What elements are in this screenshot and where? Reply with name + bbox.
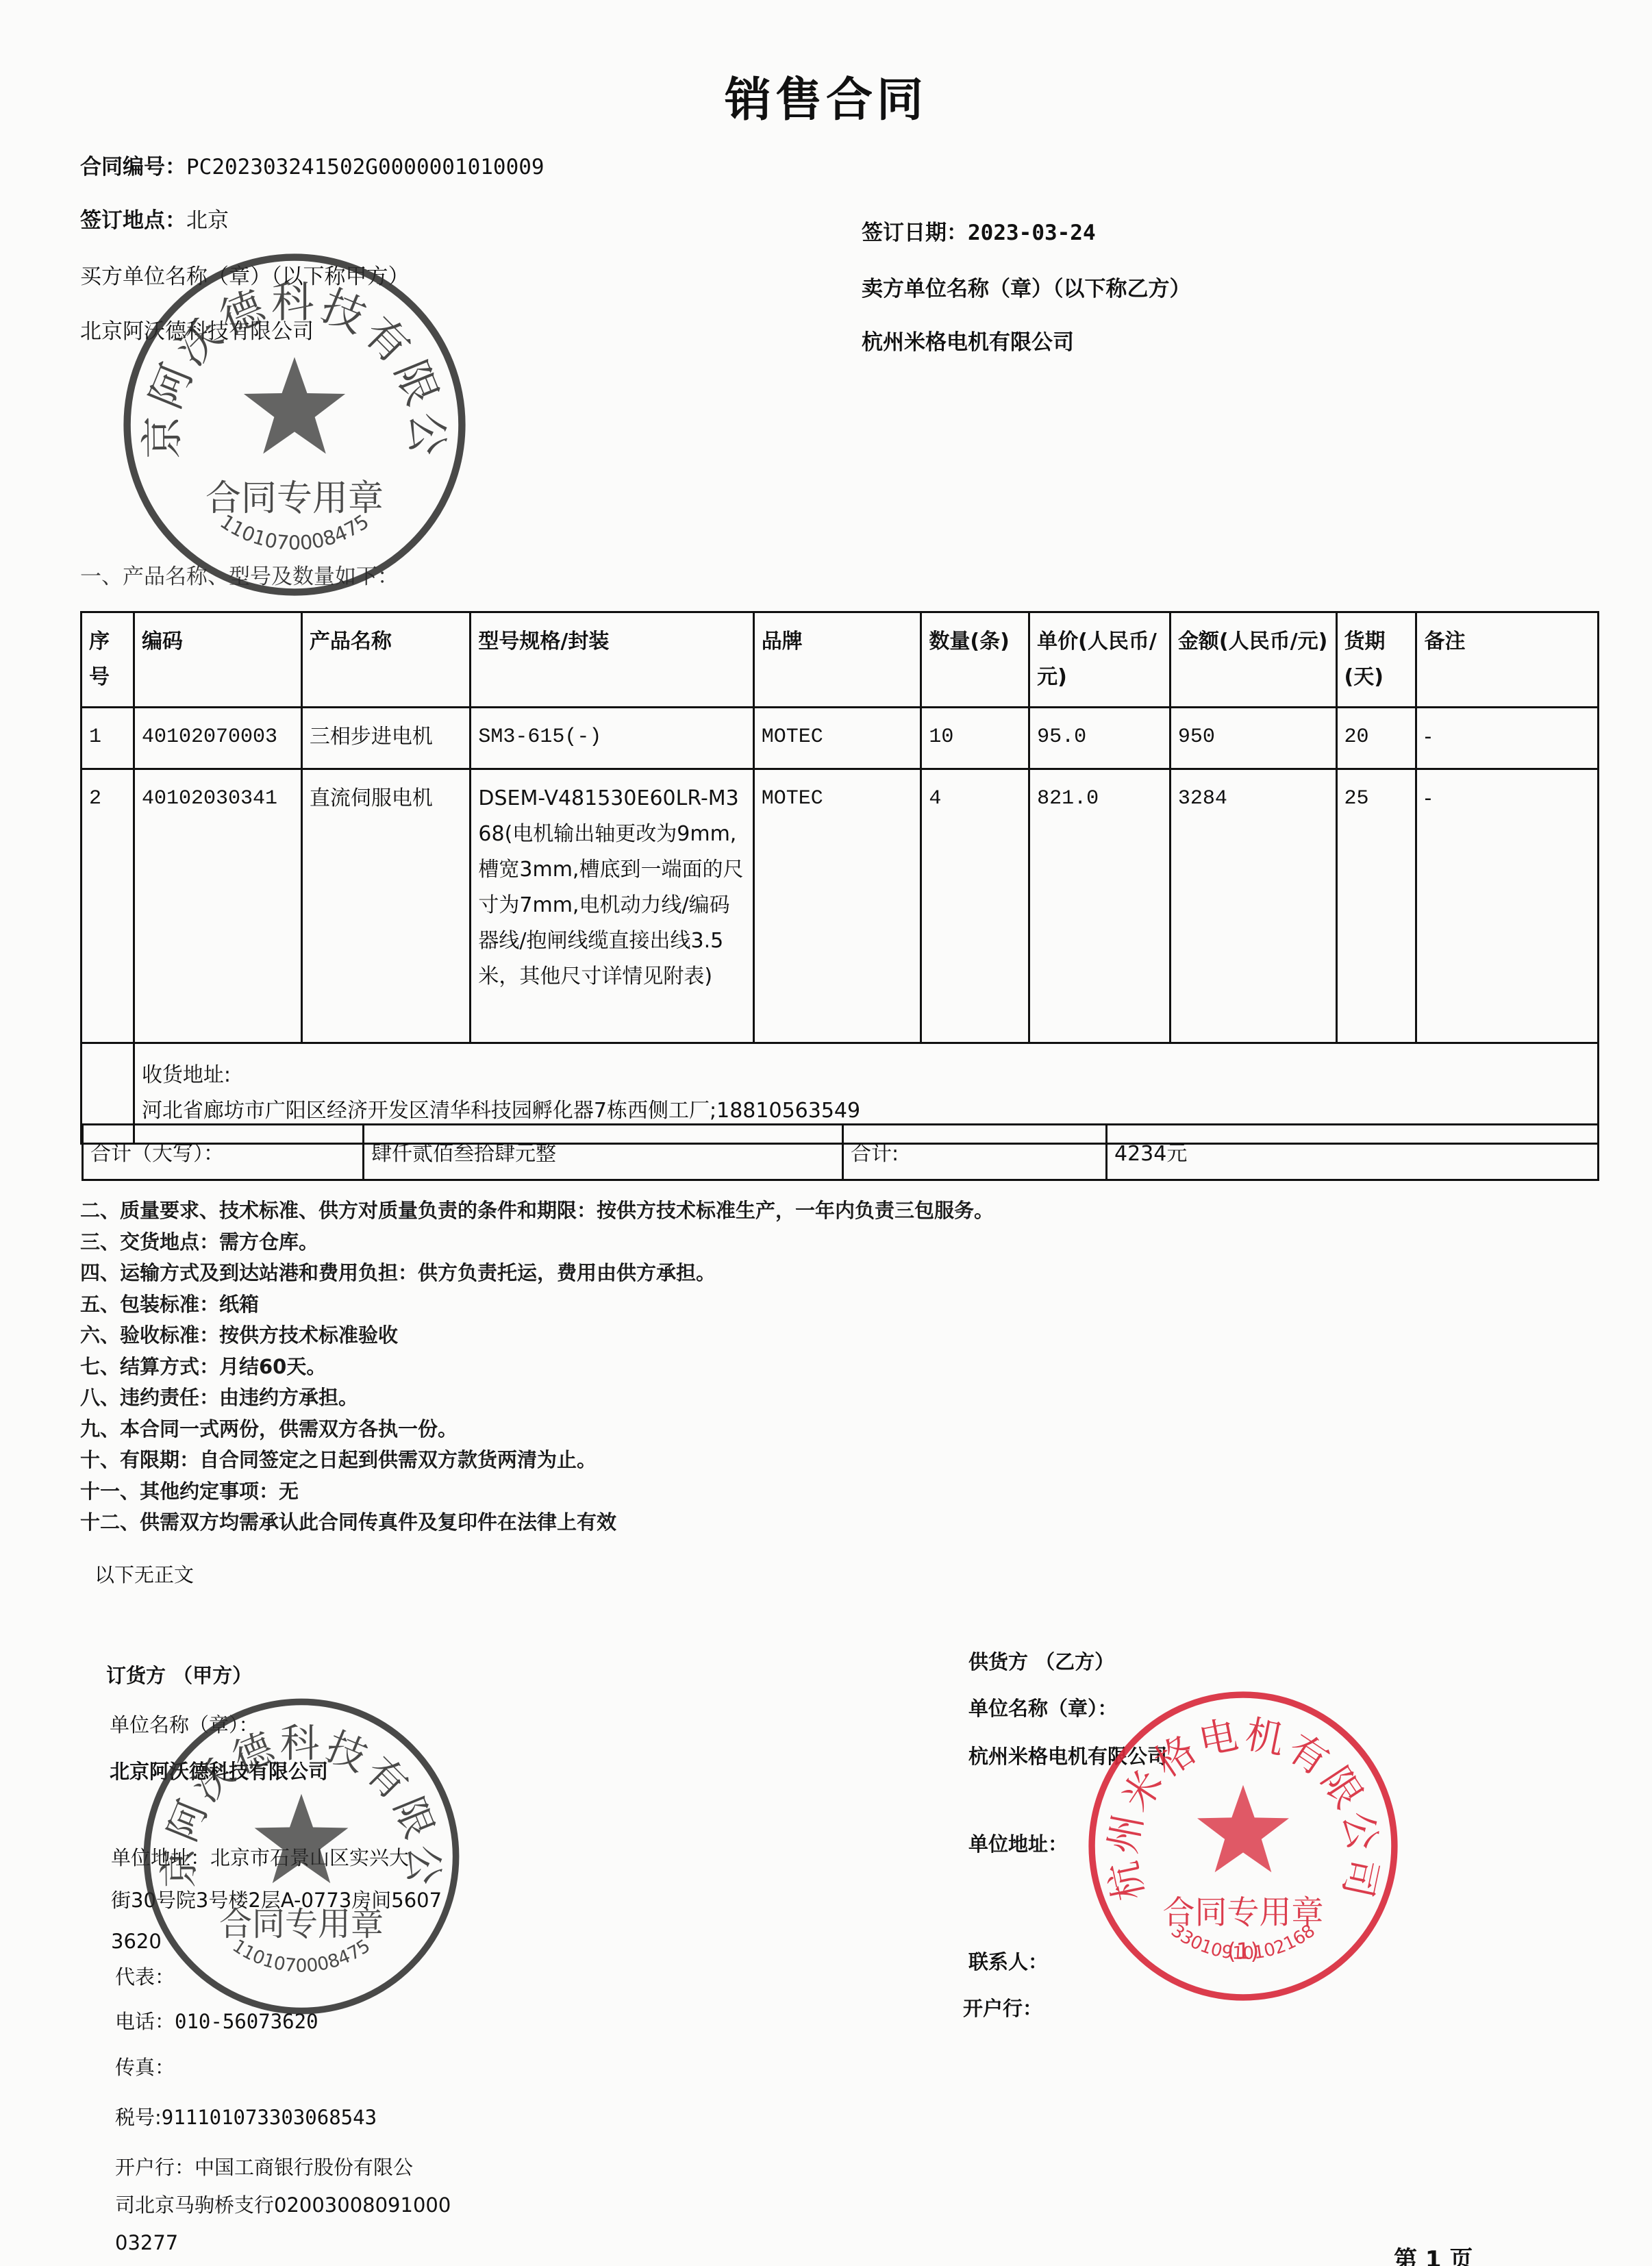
row-product-name: 直流伺服电机 [301,769,471,1043]
contract-number-label: 合同编号： [80,155,186,179]
seller-name: 杭州米格电机有限公司 [862,325,1074,356]
row-product-name: 三相步进电机 [301,708,471,769]
svg-text:3301091010216​8: 3301091010216​8 [1167,1921,1319,1964]
header-no: 序号 [82,612,134,708]
header-brand: 品牌 [753,612,921,708]
clause-7: 七、结算方式：月结60天。 [80,1352,994,1383]
buyer-address-line-2: 街30号院3号楼2层A-0773房间5607 [111,1891,442,1910]
clause-6: 六、验收标准：按供方技术标准验收 [80,1320,994,1352]
section-1-heading: 一、产品名称、型号及数量如下： [80,559,399,590]
row-quantity: 4 [921,769,1029,1043]
seller-stamp: 杭州米格电机有限公司合同专用章(1)3301091010216​8 [1079,1685,1407,2007]
buyer-name: 北京阿沃德科技有限公司 [80,314,314,345]
svg-text:1101070008475: 1101070008475 [216,510,373,555]
contract-clauses: 二、质量要求、技术标准、供方对质量负责的条件和期限：按供方技术标准生产，一年内负… [80,1195,994,1539]
buyer-rep-label: 代表： [115,1967,175,1987]
row-quantity: 10 [921,708,1029,769]
row-lead-time: 25 [1336,769,1416,1043]
buyer-tax-label: 税号: [115,2106,162,2129]
svg-text:合同专用章: 合同专用章 [1163,1894,1324,1932]
row-unit-price: 821.0 [1029,769,1171,1043]
row-spec: SM3-615(-) [471,708,753,769]
total-label: 合计: [843,1125,1107,1180]
clause-8: 八、违约责任：由违约方承担。 [80,1382,994,1414]
buyer-bank-line-1: 开户行：中国工商银行股份有限公 [115,2158,413,2178]
buyer-stamp-top: 北京阿沃德科技有限公司合同专用章1101070008475 [110,247,479,603]
total-words-label: 合计（大写）： [83,1125,364,1180]
buyer-bank-value: 中国工商银行股份有限公 [195,2156,413,2179]
buyer-phone-value: 010-56073620 [175,2010,318,2033]
row-brand: MOTEC [753,769,921,1043]
header-lead-time: 货期(天) [1336,612,1416,708]
clause-11: 十一、其他约定事项：无 [80,1476,994,1508]
sign-date-value: 2023-03-24 [968,221,1096,245]
totals-table: 合计（大写）： 肆仟贰佰叁拾肆元整 合计: 4234元 [82,1123,1599,1181]
seller-block-heading: 供货方 （乙方） [968,1652,1114,1672]
buyer-bank-line-2: 司北京马驹桥支行02003008091000 [115,2195,451,2215]
row-remark: - [1416,708,1599,769]
row-no: 1 [82,708,134,769]
row-brand: MOTEC [753,708,921,769]
buyer-block-heading: 订货方 （甲方） [106,1666,252,1686]
table-row: 2 40102030341 直流伺服电机 DSEM-V481530E60LR-M… [82,769,1599,1043]
clause-2: 二、质量要求、技术标准、供方对质量负责的条件和期限：按供方技术标准生产，一年内负… [80,1195,994,1227]
buyer-bank-line-3: 03277 [115,2233,178,2253]
buyer-tax-value: 911101073303068543 [162,2106,377,2129]
buyer-address-value: 北京市石景山区实兴大 [210,1846,409,1869]
seller-contact-label: 联系人： [968,1952,1048,1972]
buyer-unit-name: 北京阿沃德科技有限公司 [110,1762,328,1782]
sign-place-line: 签订地点：北京 [80,203,229,234]
total-value: 4234元 [1107,1125,1599,1180]
sign-place-label: 签订地点： [80,208,186,233]
seller-bank-label: 开户行： [963,1999,1042,2019]
row-code: 40102030341 [134,769,301,1043]
table-header-row: 序号 编码 产品名称 型号规格/封装 品牌 数量(条) 单价(人民币/元) 金额… [82,612,1599,708]
row-amount: 950 [1170,708,1336,769]
buyer-unit-name-label: 单位名称（章）： [110,1715,259,1735]
buyer-phone-line: 电话：010-56073620 [115,2012,318,2032]
header-code: 编码 [134,612,301,708]
document-title: 销售合同 [0,63,1652,129]
contract-number-line: 合同编号：PC202303241502G0000001010009 [80,149,545,180]
product-table: 序号 编码 产品名称 型号规格/封装 品牌 数量(条) 单价(人民币/元) 金额… [80,611,1599,1145]
svg-text:合同专用章: 合同专用章 [205,478,384,519]
total-words-value: 肆仟贰佰叁拾肆元整 [364,1125,843,1180]
clause-3: 三、交货地点：需方仓库。 [80,1227,994,1258]
row-lead-time: 20 [1336,708,1416,769]
header-unit-price: 单价(人民币/元) [1029,612,1171,708]
header-amount: 金额(人民币/元) [1170,612,1336,708]
svg-text:(1): (1) [1227,1938,1260,1965]
clause-4: 四、运输方式及到达站港和费用负担：供方负责托运，费用由供方承担。 [80,1258,994,1289]
sign-date-line: 签订日期：2023-03-24 [862,215,1096,246]
seller-address-label: 单位地址： [968,1834,1068,1854]
header-product-name: 产品名称 [301,612,471,708]
contract-number-value: PC202303241502G0000001010009 [186,155,545,179]
seller-unit-name: 杭州米格电机有限公司 [968,1747,1167,1767]
header-remark: 备注 [1416,612,1599,708]
page-number: 第 1 页 [1394,2248,1473,2266]
stamp-seal-icon: 北京阿沃德科技有限公司合同专用章1101070008475 [110,247,479,603]
svg-text:1101070008475: 1101070008475 [229,1935,374,1976]
table-row: 1 40102070003 三相步进电机 SM3-615(-) MOTEC 10… [82,708,1599,769]
buyer-phone-label: 电话： [115,2010,175,2033]
clause-5: 五、包装标准：纸箱 [80,1289,994,1321]
svg-text:杭州米格电机有限公司: 杭州米格电机有限公司 [1101,1713,1386,1904]
buyer-label: 买方单位名称（章）（以下称甲方） [80,259,410,290]
clause-9: 九、本合同一式两份，供需双方各执一份。 [80,1414,994,1445]
row-unit-price: 95.0 [1029,708,1171,769]
buyer-address-line-3: 3620 [111,1932,162,1952]
stamp-seal-icon: 杭州米格电机有限公司合同专用章(1)3301091010216​8 [1079,1685,1407,2007]
row-code: 40102070003 [134,708,301,769]
seller-unit-name-label: 单位名称（章）： [968,1699,1118,1719]
clause-10: 十、有限期：自合同签定之日起到供需双方款货两清为止。 [80,1445,994,1476]
clause-12: 十二、供需双方均需承认此合同传真件及复印件在法律上有效 [80,1507,994,1539]
buyer-bank-label: 开户行： [115,2156,195,2179]
row-amount: 3284 [1170,769,1336,1043]
delivery-address-label: 收货地址: [142,1058,1590,1093]
seller-label: 卖方单位名称（章）（以下称乙方） [862,271,1191,302]
buyer-address-label: 单位地址： [111,1846,210,1869]
header-spec: 型号规格/封装 [471,612,753,708]
buyer-address-line-1: 单位地址：北京市石景山区实兴大 [111,1848,409,1868]
row-spec: DSEM-V481530E60LR-M368(电机输出轴更改为9mm,槽宽3mm… [471,769,753,1043]
buyer-fax-label: 传真： [115,2058,175,2078]
end-note: 以下无正文 [95,1565,194,1585]
sign-place-value: 北京 [186,208,229,233]
buyer-tax-line: 税号:911101073303068543 [115,2108,377,2128]
sign-date-label: 签订日期： [862,221,968,245]
row-no: 2 [82,769,134,1043]
row-remark: - [1416,769,1599,1043]
totals-row: 合计（大写）： 肆仟贰佰叁拾肆元整 合计: 4234元 [83,1125,1599,1180]
header-quantity: 数量(条) [921,612,1029,708]
